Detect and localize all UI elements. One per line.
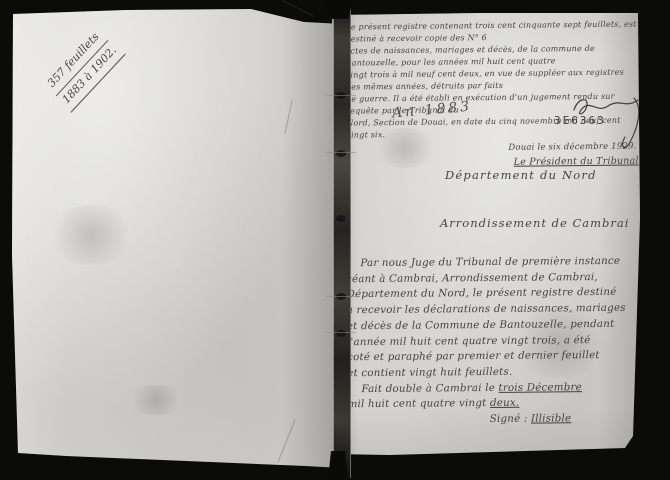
- district-heading: Arrondissement de Cambrai: [440, 216, 629, 230]
- closing-text: Fait double à Cambrai le: [361, 382, 498, 395]
- page-crease: [267, 0, 314, 17]
- register-scan: 357 feuillets 1883 à 1902. Le présent re…: [0, 0, 670, 480]
- statement-line: et décès de la Commune de Bantouzelle, p…: [347, 317, 629, 335]
- closing-text: mil huit cent quatre vingt: [347, 397, 490, 410]
- binding-thread: [326, 332, 356, 333]
- corner-annotation: 357 feuillets 1883 à 1902.: [22, 6, 143, 131]
- closing-date-underlined: trois Décembre: [498, 381, 582, 394]
- stitch: [336, 215, 346, 222]
- paper-stain: [126, 385, 186, 415]
- binding-thread: [326, 95, 356, 96]
- signed-name: Illisible: [531, 412, 571, 424]
- closing-date-underlined: deux.: [490, 397, 520, 409]
- paper-stain: [46, 205, 136, 265]
- statement-line: coté et paraphé par premier et dernier f…: [347, 348, 629, 366]
- binding-thread: [326, 152, 356, 153]
- archive-reference: 3E6363: [554, 114, 606, 127]
- left-page: 357 feuillets 1883 à 1902.: [6, 5, 342, 468]
- book-spine-binding: [333, 0, 351, 478]
- department-heading: Département du Nord: [445, 168, 597, 182]
- right-page: Le présent registre contenant trois cent…: [330, 8, 642, 460]
- signed-line: Signé : Illisible: [490, 411, 630, 428]
- binding-thread: [326, 296, 356, 297]
- spine-bottom-tab: [328, 451, 348, 480]
- signed-label: Signé :: [490, 413, 531, 425]
- note-line: actes de naissances, mariages et décès, …: [345, 42, 639, 69]
- opening-statement: Par nous Juge du Tribunal de première in…: [346, 254, 629, 429]
- note-line: Le présent registre contenant trois cent…: [345, 18, 639, 45]
